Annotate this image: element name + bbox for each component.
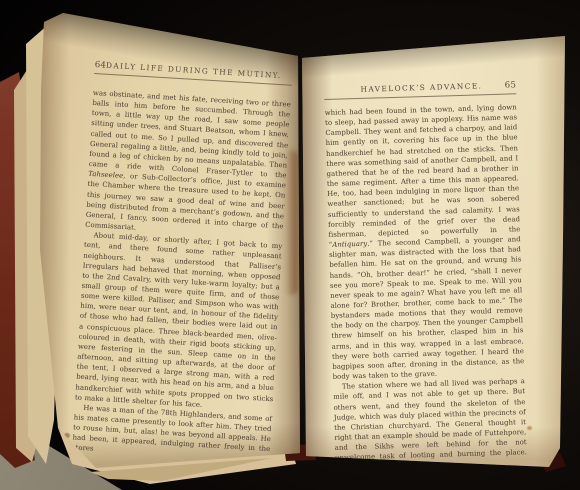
foxing-stain xyxy=(285,150,298,295)
text-run: He was a man of the 78th Highlanders, an… xyxy=(72,404,273,454)
page-edge-shadow xyxy=(536,30,566,470)
foxing-spot xyxy=(489,34,492,37)
right-page-content: HAVELOCK’S ADVANCE. 65 which had been fo… xyxy=(324,80,528,483)
text-run: which had been found in the town, and, l… xyxy=(325,103,521,249)
body-text-right: which had been found in the town, and, l… xyxy=(325,102,528,473)
italic-text: Antiquary xyxy=(332,240,367,249)
signature-mark: K xyxy=(336,469,528,484)
text-run: .” The second Campbell, a younger and sl… xyxy=(329,235,524,381)
italic-text: Tahseelee xyxy=(88,170,124,180)
header-spacer xyxy=(282,78,293,79)
text-run: , or Sub-Collector’s office, just to exa… xyxy=(85,172,286,232)
page-number-left: 64 xyxy=(94,60,106,71)
text-run: was obstinate, and met his fate, receivi… xyxy=(89,89,291,180)
photo-scene: 64 DAILY LIFE DURING THE MUTINY. was obs… xyxy=(0,0,580,490)
paragraph: which had been found in the town, and, l… xyxy=(325,102,525,382)
foxing-spot xyxy=(527,426,532,430)
paragraph: The station where we had all lived was p… xyxy=(333,376,528,473)
left-page-content: 64 DAILY LIFE DURING THE MUTINY. was obs… xyxy=(72,60,293,465)
text-run: The station where we had all lived was p… xyxy=(333,377,527,472)
text-run: About mid-day, or shortly after, I got b… xyxy=(75,231,283,408)
page-number-right: 65 xyxy=(505,80,517,90)
paragraph: About mid-day, or shortly after, I got b… xyxy=(75,230,283,414)
paragraph: was obstinate, and met his fate, receivi… xyxy=(85,88,291,242)
body-text-left: was obstinate, and met his fate, receivi… xyxy=(72,88,291,465)
